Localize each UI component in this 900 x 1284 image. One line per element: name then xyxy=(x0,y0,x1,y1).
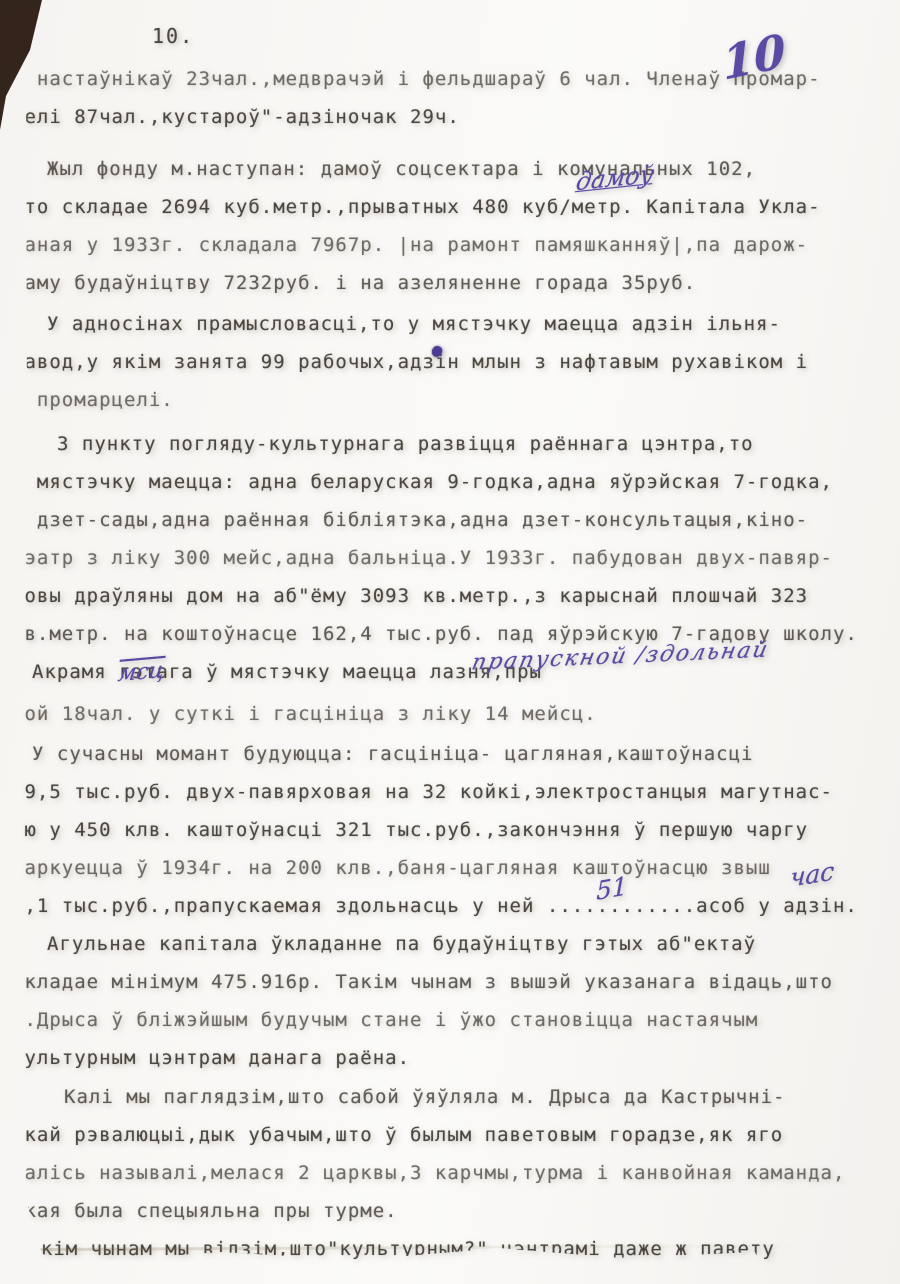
typed-line: тэатр з ліку 300 мейс,адна бальніца.У 19… xyxy=(12,539,872,577)
typed-line: Жыл фонду м.наступан: дамоў соцсектара і… xyxy=(12,150,872,188)
typed-line: Калі мы паглядзім,што сабой ўяўляла м. Д… xyxy=(12,1078,872,1116)
typed-line: ховы драўляны дом на аб"ёму 3093 кв.метр… xyxy=(12,577,872,615)
typed-line: культурным цэнтрам данага раёна. xyxy=(12,1039,872,1077)
typed-line: наму будаўніцтву 7232руб. і на азеляненн… xyxy=(12,264,872,302)
typed-line: цю у 450 клв. каштоўнасці 321 тыс.руб.,з… xyxy=(12,811,872,849)
typed-line: У сучасны момант будуюцца: гасцініца- ца… xyxy=(12,735,872,773)
typed-line: даная у 1933г. складала 7967р. |на рамон… xyxy=(12,226,872,264)
typed-line: З пункту погляду-культурнага развіцця ра… xyxy=(12,425,872,463)
typed-page-number: 10. xyxy=(152,24,194,48)
typed-line: цкай рэвалюцыі,дык убачым,што ў былым па… xyxy=(12,1116,872,1154)
typed-line: калісь называлі,мелася 2 царквы,3 карчмы… xyxy=(12,1154,872,1192)
typed-line: У адносінах прамысловасці,то у мястэчку … xyxy=(12,305,872,343)
typed-line: кой 18чал. у суткі і гасцініца з ліку 14… xyxy=(12,695,872,733)
typed-line: што складае 2694 куб.метр.,прыватных 480… xyxy=(12,188,872,226)
handwritten-capacity-value: 51 xyxy=(596,871,627,906)
typed-line: 5,1 тыс.руб.,прапускаемая здольнасць у н… xyxy=(12,887,872,925)
typed-line: складае мінімум 475.916р. Такім чынам з … xyxy=(12,963,872,1001)
typed-line: маркуецца ў 1934г. на 200 клв.,баня-цагл… xyxy=(12,849,872,887)
typed-line: 19,5 тыс.руб. двух-павярховая на 32 койк… xyxy=(12,773,872,811)
typed-line: у мястэчку маецца: адна беларуская 9-год… xyxy=(12,463,872,501)
typed-line: якая была спецыяльна пры турме. xyxy=(12,1192,872,1230)
typed-line: Агульнае капітала ўкладанне па будаўніцт… xyxy=(12,925,872,963)
typed-line: целі 87чал.,кустароў"-адзіночак 29ч. xyxy=(12,98,872,136)
handwritten-note: мсц xyxy=(117,658,166,687)
typed-line: м.Дрыса ў бліжэйшым будучым стане і ўжо … xyxy=(12,1001,872,1039)
typed-line: 3 промарцелі. xyxy=(12,381,872,419)
typed-line: 2 дзет-сады,адна раённая бібліятэка,адна… xyxy=(12,501,872,539)
